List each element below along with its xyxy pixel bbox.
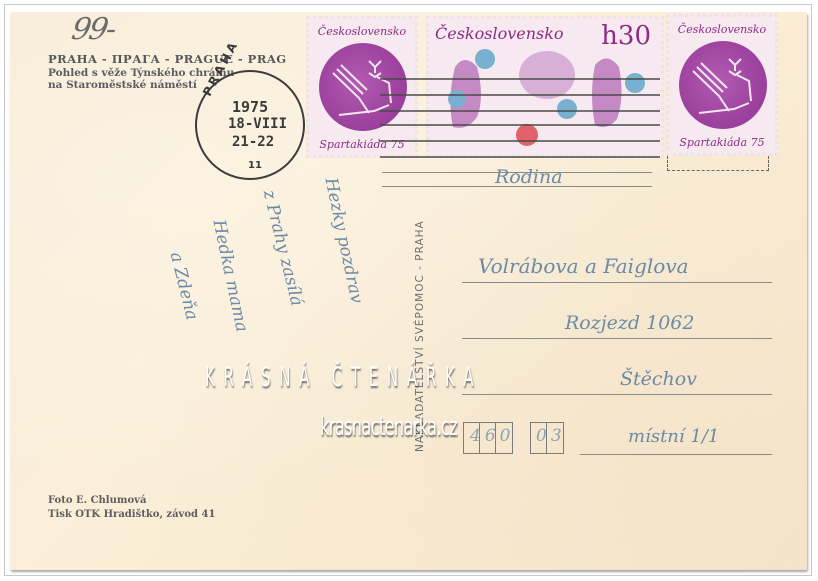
stamp-country: Československo	[669, 23, 775, 36]
address-line-4: Štěchov	[620, 368, 697, 390]
address-rule	[462, 282, 772, 283]
zip-code-1: 460	[470, 426, 514, 446]
stamp-2: Československo h30	[426, 16, 664, 158]
postcard-title: PRAHA - ПРАГА - PRAGUE - PRAG	[48, 52, 287, 66]
address-line-5: místní 1/1	[628, 426, 719, 447]
stamp-1: Československo Spartakiáda 75	[306, 16, 418, 158]
postmark-year: 1975	[232, 98, 268, 116]
address-rule	[462, 338, 772, 339]
watermark-url: krasnactenarka.cz	[320, 412, 457, 442]
stamp-3: Československo Spartakiáda 75	[666, 14, 778, 156]
cancellation-line	[380, 124, 660, 126]
zip-code-2: 03	[536, 426, 566, 446]
cancellation-line	[380, 78, 660, 80]
address-rule	[462, 394, 772, 395]
cancellation-line	[380, 94, 660, 96]
watermark-title: KRÁSNÁ ČTENÁŘKA	[205, 362, 482, 393]
gymnast-icon	[319, 43, 407, 131]
cancellation-line	[380, 110, 660, 112]
stamp-country: Československo	[435, 24, 564, 43]
price-mark: 99-	[69, 12, 117, 47]
postmark-office: 11	[248, 160, 262, 171]
address-line-3: Rozjezd 1062	[565, 312, 694, 334]
address-line-2: Volrábova a Faiglova	[478, 254, 689, 278]
postmark-date: 18-VIII	[228, 116, 287, 132]
cancellation-line	[380, 156, 660, 158]
gymnast-icon	[679, 41, 767, 129]
address-rule	[580, 454, 772, 455]
photo-print-credits: Foto E. Chlumová Tisk OTK Hradištko, záv…	[48, 494, 215, 522]
cancellation-line	[380, 140, 660, 142]
stamp-country: Československo	[309, 25, 415, 38]
publisher-imprint: NAKLADATELSTVÍ SVÉPOMOC - PRAHA	[410, 190, 430, 450]
stamp-subtitle: Spartakiáda 75	[673, 136, 771, 149]
gymnasts-with-ball-icon	[435, 47, 657, 151]
postmark-time: 21-22	[232, 134, 274, 150]
stamp-placement-box	[667, 156, 769, 171]
address-line-1: Rodina	[495, 166, 563, 188]
